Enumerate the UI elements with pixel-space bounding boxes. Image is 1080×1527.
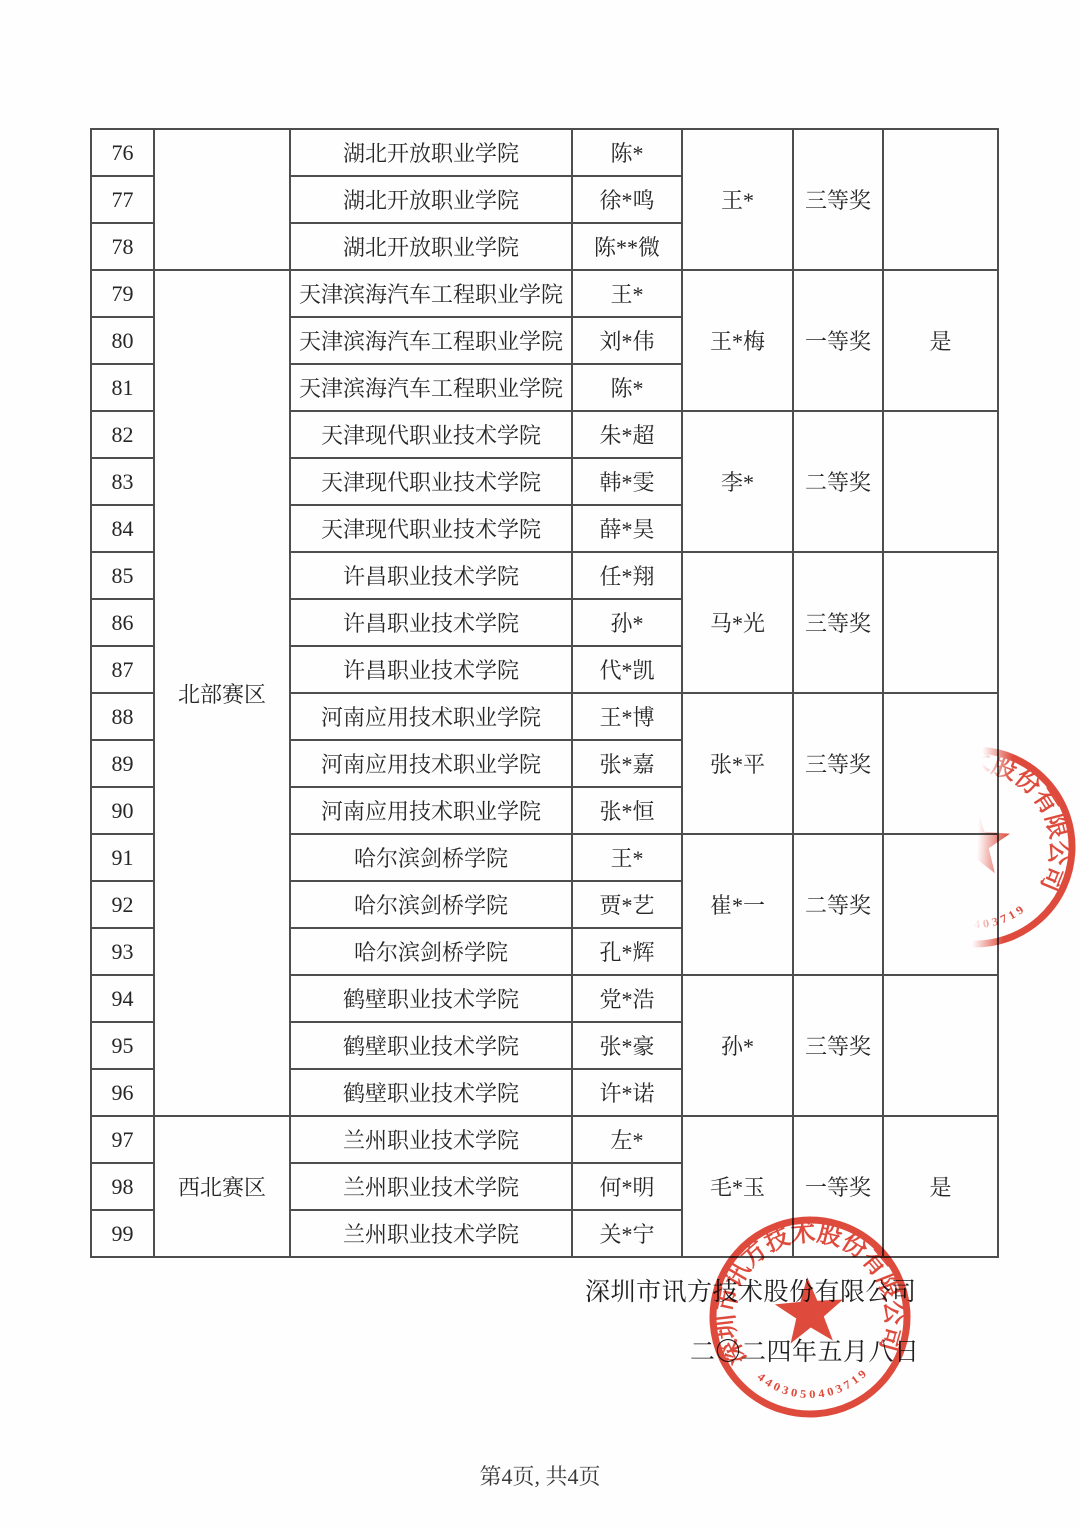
row-number-cell: 86 [91,599,154,646]
student-name-cell: 陈* [572,364,682,411]
row-number-cell: 77 [91,176,154,223]
student-name-cell: 孙* [572,599,682,646]
row-number-cell: 99 [91,1210,154,1257]
document-page: 76湖北开放职业学院陈*王*三等奖77湖北开放职业学院徐*鸣78湖北开放职业学院… [0,0,1080,1527]
student-name-cell: 代*凯 [572,646,682,693]
star-icon [940,805,1012,874]
row-number-cell: 78 [91,223,154,270]
teacher-name-cell: 孙* [682,975,793,1116]
student-name-cell: 王* [572,834,682,881]
school-cell: 许昌职业技术学院 [290,599,572,646]
star-icon [773,1275,846,1345]
student-name-cell: 刘*伟 [572,317,682,364]
row-number-cell: 90 [91,787,154,834]
student-name-cell: 徐*鸣 [572,176,682,223]
row-number-cell: 81 [91,364,154,411]
school-cell: 哈尔滨剑桥学院 [290,834,572,881]
school-cell: 天津滨海汽车工程职业学院 [290,317,572,364]
finalist-cell: 是 [883,270,998,411]
award-cell: 三等奖 [793,975,883,1116]
award-cell: 二等奖 [793,411,883,552]
student-name-cell: 陈* [572,129,682,176]
school-cell: 天津现代职业技术学院 [290,505,572,552]
school-cell: 湖北开放职业学院 [290,176,572,223]
svg-text:4403050403719: 4403050403719 [754,1364,873,1406]
student-name-cell: 孔*辉 [572,928,682,975]
row-number-cell: 84 [91,505,154,552]
student-name-cell: 许*诺 [572,1069,682,1116]
student-name-cell: 薛*昊 [572,505,682,552]
school-cell: 兰州职业技术学院 [290,1210,572,1257]
table-row: 97西北赛区兰州职业技术学院左*毛*玉一等奖是 [91,1116,998,1163]
page-footer: 第4页, 共4页 [0,1460,1080,1491]
company-seal-stamp: 深圳市讯方技术股份有限公司 4403050403719 [693,1200,928,1435]
award-table-body: 76湖北开放职业学院陈*王*三等奖77湖北开放职业学院徐*鸣78湖北开放职业学院… [91,129,998,1257]
svg-text:4403050403719: 4403050403719 [911,894,1029,934]
table-row: 79北部赛区天津滨海汽车工程职业学院王*王*梅一等奖是 [91,270,998,317]
student-name-cell: 张*豪 [572,1022,682,1069]
school-cell: 许昌职业技术学院 [290,646,572,693]
student-name-cell: 关*宁 [572,1210,682,1257]
school-cell: 兰州职业技术学院 [290,1163,572,1210]
award-cell: 一等奖 [793,270,883,411]
seal-serial-number: 4403050403719 [754,1364,873,1406]
school-cell: 鹤壁职业技术学院 [290,975,572,1022]
award-cell: 三等奖 [793,129,883,270]
student-name-cell: 王*博 [572,693,682,740]
student-name-cell: 陈**微 [572,223,682,270]
row-number-cell: 82 [91,411,154,458]
teacher-name-cell: 李* [682,411,793,552]
row-number-cell: 83 [91,458,154,505]
student-name-cell: 党*浩 [572,975,682,1022]
row-number-cell: 80 [91,317,154,364]
award-table: 76湖北开放职业学院陈*王*三等奖77湖北开放职业学院徐*鸣78湖北开放职业学院… [90,128,999,1258]
seal-serial-number: 4403050403719 [911,894,1029,934]
partial-seal-stamp: 深圳市讯方技术股份有限公司 4403050403719 [859,731,1080,962]
student-name-cell: 任*翔 [572,552,682,599]
finalist-cell [883,411,998,552]
school-cell: 鹤壁职业技术学院 [290,1069,572,1116]
row-number-cell: 91 [91,834,154,881]
row-number-cell: 97 [91,1116,154,1163]
school-cell: 河南应用技术职业学院 [290,740,572,787]
school-cell: 许昌职业技术学院 [290,552,572,599]
row-number-cell: 89 [91,740,154,787]
finalist-cell [883,129,998,270]
student-name-cell: 朱*超 [572,411,682,458]
school-cell: 天津滨海汽车工程职业学院 [290,364,572,411]
student-name-cell: 张*嘉 [572,740,682,787]
student-name-cell: 张*恒 [572,787,682,834]
row-number-cell: 93 [91,928,154,975]
row-number-cell: 87 [91,646,154,693]
student-name-cell: 韩*雯 [572,458,682,505]
school-cell: 天津现代职业技术学院 [290,458,572,505]
school-cell: 天津现代职业技术学院 [290,411,572,458]
finalist-cell [883,975,998,1116]
school-cell: 湖北开放职业学院 [290,223,572,270]
teacher-name-cell: 王* [682,129,793,270]
award-cell: 三等奖 [793,552,883,693]
school-cell: 哈尔滨剑桥学院 [290,881,572,928]
school-cell: 湖北开放职业学院 [290,129,572,176]
row-number-cell: 92 [91,881,154,928]
row-number-cell: 76 [91,129,154,176]
teacher-name-cell: 王*梅 [682,270,793,411]
teacher-name-cell: 马*光 [682,552,793,693]
school-cell: 哈尔滨剑桥学院 [290,928,572,975]
school-cell: 河南应用技术职业学院 [290,787,572,834]
teacher-name-cell: 张*平 [682,693,793,834]
student-name-cell: 左* [572,1116,682,1163]
row-number-cell: 79 [91,270,154,317]
teacher-name-cell: 崔*一 [682,834,793,975]
row-number-cell: 94 [91,975,154,1022]
school-cell: 鹤壁职业技术学院 [290,1022,572,1069]
region-cell [154,129,290,270]
row-number-cell: 95 [91,1022,154,1069]
region-cell: 西北赛区 [154,1116,290,1257]
row-number-cell: 98 [91,1163,154,1210]
finalist-cell [883,552,998,693]
school-cell: 河南应用技术职业学院 [290,693,572,740]
row-number-cell: 96 [91,1069,154,1116]
school-cell: 兰州职业技术学院 [290,1116,572,1163]
school-cell: 天津滨海汽车工程职业学院 [290,270,572,317]
student-name-cell: 王* [572,270,682,317]
row-number-cell: 88 [91,693,154,740]
region-cell: 北部赛区 [154,270,290,1116]
row-number-cell: 85 [91,552,154,599]
student-name-cell: 贾*艺 [572,881,682,928]
student-name-cell: 何*明 [572,1163,682,1210]
table-row: 76湖北开放职业学院陈*王*三等奖 [91,129,998,176]
